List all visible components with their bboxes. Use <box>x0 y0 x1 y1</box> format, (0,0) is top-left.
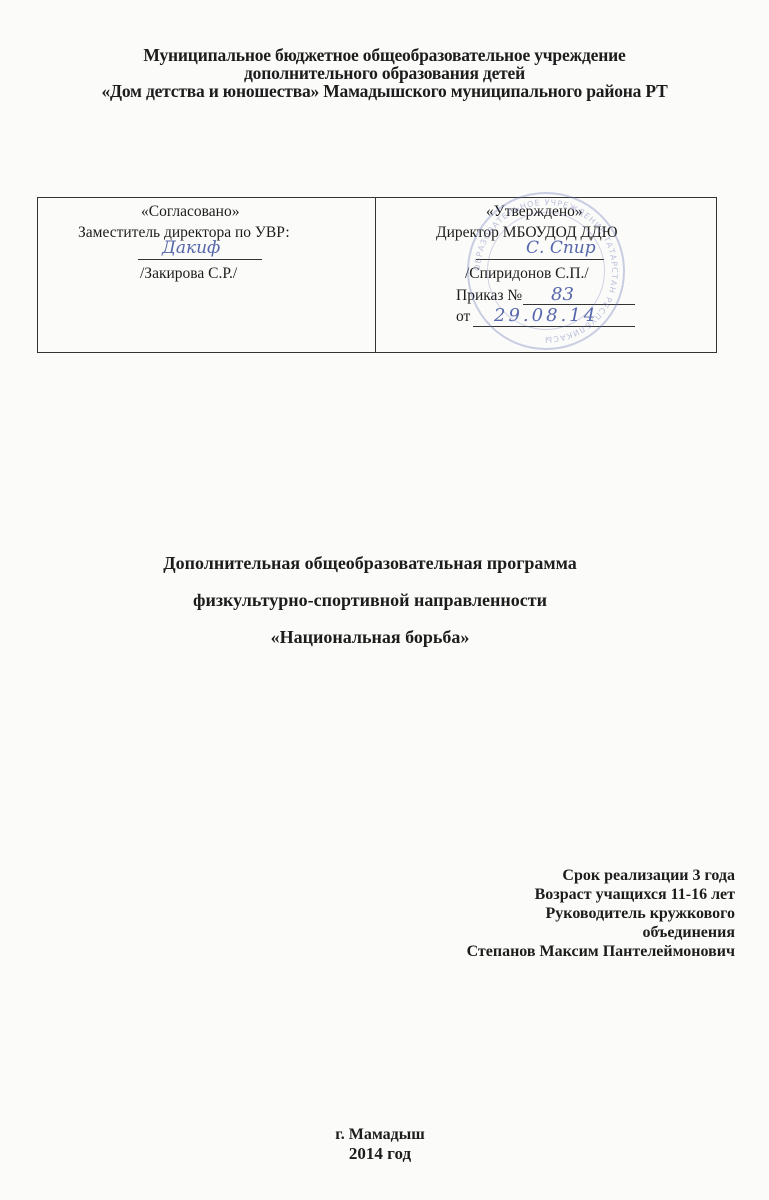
details-leader-label: Руководитель кружкового <box>467 904 735 923</box>
approved-heading: «Утверждено» <box>486 202 583 222</box>
approved-name: /Спиридонов С.П./ <box>465 264 589 284</box>
program-details: Срок реализации 3 года Возраст учащихся … <box>467 866 735 961</box>
details-age: Возраст учащихся 11-16 лет <box>467 885 735 904</box>
header-line-1: Муниципальное бюджетное общеобразователь… <box>0 46 769 64</box>
title-line-3: «Национальная борьба» <box>0 625 740 662</box>
approval-table: «Согласовано» Заместитель директора по У… <box>37 197 717 353</box>
details-leader-name: Степанов Максим Пантелеймонович <box>467 942 735 961</box>
date-line <box>473 326 635 327</box>
details-duration: Срок реализации 3 года <box>467 866 735 885</box>
order-number: 83 <box>551 284 574 305</box>
agreed-cell: «Согласовано» Заместитель директора по У… <box>38 198 376 352</box>
approved-cell: «Утверждено» Директор МБОУДОД ДДЮ С. Спи… <box>376 198 716 352</box>
footer: г. Мамадыш 2014 год <box>0 1125 760 1164</box>
title-line-1: Дополнительная общеобразовательная прогр… <box>0 551 740 588</box>
agreed-signature: Дакиф <box>162 238 220 258</box>
header-line-2: дополнительного образования детей <box>0 64 769 82</box>
program-title: Дополнительная общеобразовательная прогр… <box>0 551 740 662</box>
order-label: Приказ № <box>456 286 522 306</box>
date-value: 29.08.14 <box>494 305 598 326</box>
agreed-heading: «Согласовано» <box>141 202 239 222</box>
approved-signature: С. Спир <box>526 238 596 258</box>
agreed-signature-line <box>138 259 262 260</box>
details-leader-label-cont: объединения <box>467 923 735 942</box>
title-line-2: физкультурно-спортивной направленности <box>0 588 740 625</box>
approved-signature-line <box>476 259 604 260</box>
footer-city: г. Мамадыш <box>0 1125 760 1144</box>
date-label: от <box>456 307 470 327</box>
document-page: { "header": { "lines": [ "Муниципальное … <box>0 0 769 1200</box>
institution-header: Муниципальное бюджетное общеобразователь… <box>0 46 769 100</box>
header-line-3: «Дом детства и юношества» Мамадышского м… <box>0 82 769 100</box>
footer-year: 2014 год <box>0 1144 760 1164</box>
agreed-name: /Закирова С.Р./ <box>140 264 237 284</box>
